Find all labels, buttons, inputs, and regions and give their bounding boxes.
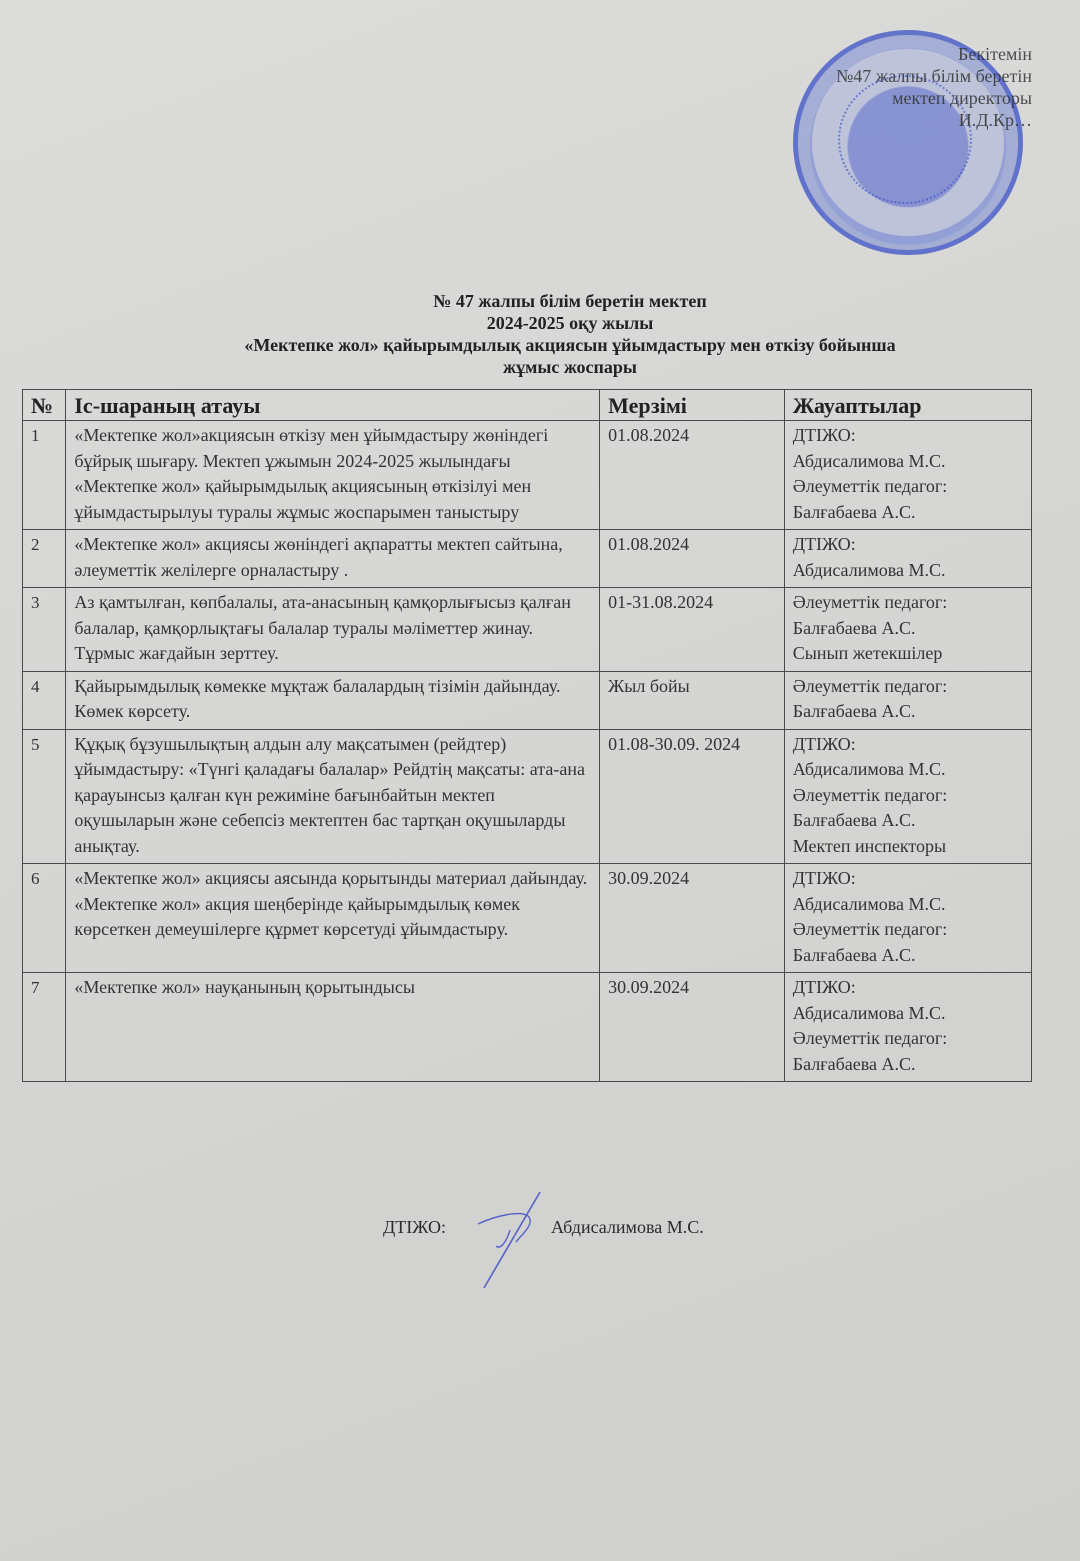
- table-row: 3Аз қамтылған, көпбалалы, ата-анасының қ…: [23, 588, 1032, 672]
- responsible-person: Мектеп инспекторы: [793, 834, 1025, 860]
- row-number: 3: [23, 588, 66, 672]
- heading-school: № 47 жалпы білім беретін мектеп: [150, 290, 990, 312]
- approval-block: Бекітемін №47 жалпы білім беретін мектеп…: [836, 43, 1032, 131]
- event-responsible: Әлеуметтік педагог:Балғабаева А.С.Сынып …: [784, 588, 1031, 672]
- signoff-role: ДТІЖО:: [383, 1217, 446, 1238]
- event-name: Қайырымдылық көмекке мұқтаж балалардың т…: [66, 671, 600, 729]
- event-name: Аз қамтылған, көпбалалы, ата-анасының қа…: [66, 588, 600, 672]
- event-deadline: Жыл бойы: [600, 671, 785, 729]
- event-name: «Мектепке жол»акциясын өткізу мен ұйымда…: [66, 421, 600, 530]
- responsible-person: Балғабаева А.С.: [793, 699, 1025, 725]
- table-row: 2«Мектепке жол» акциясы жөніндегі ақпара…: [23, 530, 1032, 588]
- responsible-person: Балғабаева А.С.: [793, 943, 1025, 969]
- responsible-person: Абдисалимова М.С.: [793, 558, 1025, 584]
- event-deadline: 01-31.08.2024: [600, 588, 785, 672]
- responsible-person: Әлеуметтік педагог:: [793, 674, 1025, 700]
- row-number: 4: [23, 671, 66, 729]
- responsible-person: Балғабаева А.С.: [793, 808, 1025, 834]
- event-responsible: ДТІЖО:Абдисалимова М.С.Әлеуметтік педаго…: [784, 864, 1031, 973]
- responsible-person: Әлеуметтік педагог:: [793, 783, 1025, 809]
- document-heading: № 47 жалпы білім беретін мектеп 2024-202…: [150, 290, 990, 378]
- event-name: «Мектепке жол» науқанының қорытындысы: [66, 973, 600, 1082]
- event-responsible: ДТІЖО:Абдисалимова М.С.: [784, 530, 1031, 588]
- responsible-person: Абдисалимова М.С.: [793, 449, 1025, 475]
- column-header-event: Іс-шараның атауы: [66, 390, 600, 421]
- approval-line: мектеп директоры: [836, 87, 1032, 109]
- heading-year: 2024-2025 оқу жылы: [150, 312, 990, 334]
- table-body: 1«Мектепке жол»акциясын өткізу мен ұйымд…: [23, 421, 1032, 1082]
- event-name: «Мектепке жол» акциясы аясында қорытынды…: [66, 864, 600, 973]
- table-row: 5Құқық бұзушылықтың алдын алу мақсатымен…: [23, 729, 1032, 864]
- row-number: 2: [23, 530, 66, 588]
- responsible-person: Балғабаева А.С.: [793, 500, 1025, 526]
- event-responsible: ДТІЖО:Абдисалимова М.С.Әлеуметтік педаго…: [784, 729, 1031, 864]
- event-deadline: 01.08.2024: [600, 530, 785, 588]
- responsible-person: Абдисалимова М.С.: [793, 1001, 1025, 1027]
- responsible-person: Балғабаева А.С.: [793, 1052, 1025, 1078]
- row-number: 7: [23, 973, 66, 1082]
- table-row: 6«Мектепке жол» акциясы аясында қорытынд…: [23, 864, 1032, 973]
- table-row: 4Қайырымдылық көмекке мұқтаж балалардың …: [23, 671, 1032, 729]
- row-number: 1: [23, 421, 66, 530]
- table-row: 1«Мектепке жол»акциясын өткізу мен ұйымд…: [23, 421, 1032, 530]
- responsible-person: Әлеуметтік педагог:: [793, 917, 1025, 943]
- table-row: 7«Мектепке жол» науқанының қорытындысы30…: [23, 973, 1032, 1082]
- approval-line: №47 жалпы білім беретін: [836, 65, 1032, 87]
- responsible-person: ДТІЖО:: [793, 423, 1025, 449]
- column-header-number: №: [23, 390, 66, 421]
- event-responsible: ДТІЖО:Абдисалимова М.С.Әлеуметтік педаго…: [784, 973, 1031, 1082]
- heading-title: «Мектепке жол» қайырымдылық акциясын ұйы…: [150, 334, 990, 356]
- responsible-person: Сынып жетекшілер: [793, 641, 1025, 667]
- event-deadline: 01.08-30.09. 2024: [600, 729, 785, 864]
- table-header-row: № Іс-шараның атауы Мерзімі Жауаптылар: [23, 390, 1032, 421]
- responsible-person: Абдисалимова М.С.: [793, 892, 1025, 918]
- signature-icon: [470, 1188, 560, 1298]
- event-name: Құқық бұзушылықтың алдын алу мақсатымен …: [66, 729, 600, 864]
- event-deadline: 30.09.2024: [600, 973, 785, 1082]
- event-name: «Мектепке жол» акциясы жөніндегі ақпарат…: [66, 530, 600, 588]
- responsible-person: Абдисалимова М.С.: [793, 757, 1025, 783]
- responsible-person: ДТІЖО:: [793, 732, 1025, 758]
- event-responsible: Әлеуметтік педагог:Балғабаева А.С.: [784, 671, 1031, 729]
- responsible-person: Әлеуметтік педагог:: [793, 1026, 1025, 1052]
- responsible-person: ДТІЖО:: [793, 532, 1025, 558]
- event-deadline: 30.09.2024: [600, 864, 785, 973]
- row-number: 6: [23, 864, 66, 973]
- responsible-person: ДТІЖО:: [793, 866, 1025, 892]
- approval-line: И.Д.Кр…: [836, 109, 1032, 131]
- column-header-deadline: Мерзімі: [600, 390, 785, 421]
- responsible-person: ДТІЖО:: [793, 975, 1025, 1001]
- approval-line: Бекітемін: [836, 43, 1032, 65]
- event-deadline: 01.08.2024: [600, 421, 785, 530]
- work-plan-table: № Іс-шараның атауы Мерзімі Жауаптылар 1«…: [22, 389, 1032, 1082]
- event-responsible: ДТІЖО:Абдисалимова М.С.Әлеуметтік педаго…: [784, 421, 1031, 530]
- responsible-person: Әлеуметтік педагог:: [793, 474, 1025, 500]
- signoff-name: Абдисалимова М.С.: [551, 1217, 704, 1238]
- row-number: 5: [23, 729, 66, 864]
- responsible-person: Әлеуметтік педагог:: [793, 590, 1025, 616]
- responsible-person: Балғабаева А.С.: [793, 616, 1025, 642]
- heading-subtitle: жұмыс жоспары: [150, 356, 990, 378]
- column-header-responsible: Жауаптылар: [784, 390, 1031, 421]
